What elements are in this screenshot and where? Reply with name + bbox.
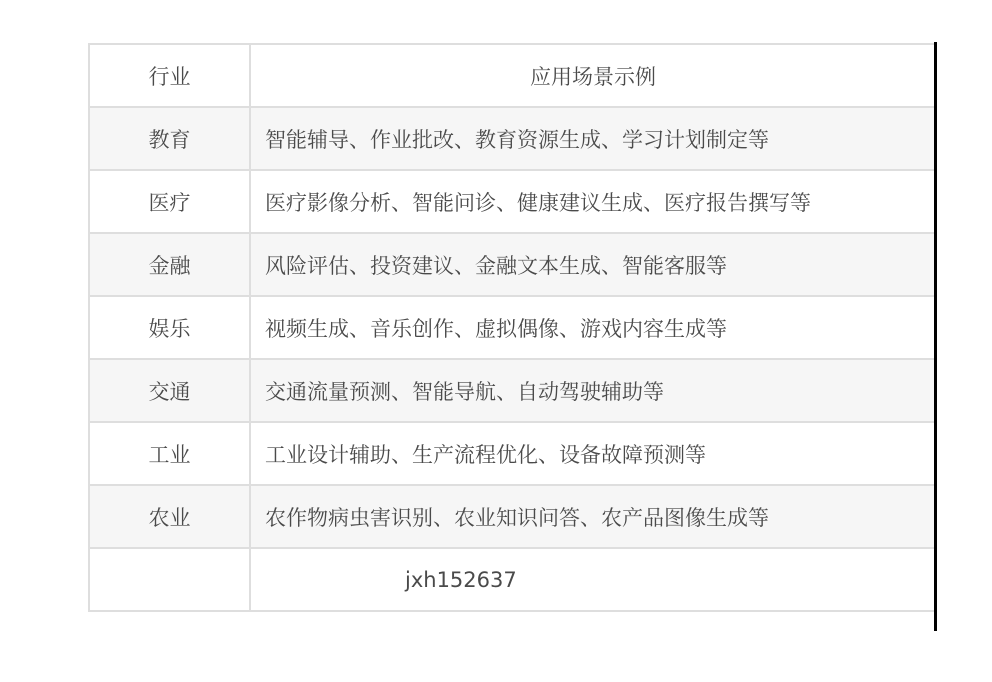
table-row: 农业 农作物病虫害识别、农业知识问答、农产品图像生成等: [89, 485, 936, 548]
industry-cell: 农业: [89, 485, 250, 548]
table-header-row: 行业 应用场景示例: [89, 44, 936, 107]
industry-cell: 娱乐: [89, 296, 250, 359]
industry-cell: 工业: [89, 422, 250, 485]
scenario-cell: 风险评估、投资建议、金融文本生成、智能客服等: [250, 233, 936, 296]
right-edge-divider: [934, 42, 937, 631]
table-row: 医疗 医疗影像分析、智能问诊、健康建议生成、医疗报告撰写等: [89, 170, 936, 233]
scenario-cell: 医疗影像分析、智能问诊、健康建议生成、医疗报告撰写等: [250, 170, 936, 233]
header-industry: 行业: [89, 44, 250, 107]
table-row: 教育 智能辅导、作业批改、教育资源生成、学习计划制定等: [89, 107, 936, 170]
table-row: 金融 风险评估、投资建议、金融文本生成、智能客服等: [89, 233, 936, 296]
table-row: 交通 交通流量预测、智能导航、自动驾驶辅助等: [89, 359, 936, 422]
scenario-cell: 农作物病虫害识别、农业知识问答、农产品图像生成等: [250, 485, 936, 548]
scenario-cell: 智能辅导、作业批改、教育资源生成、学习计划制定等: [250, 107, 936, 170]
industry-cell: 医疗: [89, 170, 250, 233]
industry-cell: 交通: [89, 359, 250, 422]
industry-cell-empty: [89, 548, 250, 611]
industry-cell: 金融: [89, 233, 250, 296]
scenario-cell: 视频生成、音乐创作、虚拟偶像、游戏内容生成等: [250, 296, 936, 359]
watermark-text: jxh152637: [250, 548, 936, 611]
scenario-cell: 交通流量预测、智能导航、自动驾驶辅助等: [250, 359, 936, 422]
scenario-cell: 工业设计辅助、生产流程优化、设备故障预测等: [250, 422, 936, 485]
table-row: 工业 工业设计辅助、生产流程优化、设备故障预测等: [89, 422, 936, 485]
industry-cell: 教育: [89, 107, 250, 170]
header-application-scenarios: 应用场景示例: [250, 44, 936, 107]
table-row: 娱乐 视频生成、音乐创作、虚拟偶像、游戏内容生成等: [89, 296, 936, 359]
industry-application-table-container: 行业 应用场景示例 教育 智能辅导、作业批改、教育资源生成、学习计划制定等 医疗…: [88, 43, 935, 612]
industry-application-table: 行业 应用场景示例 教育 智能辅导、作业批改、教育资源生成、学习计划制定等 医疗…: [88, 43, 937, 612]
table-row-watermark: jxh152637: [89, 548, 936, 611]
